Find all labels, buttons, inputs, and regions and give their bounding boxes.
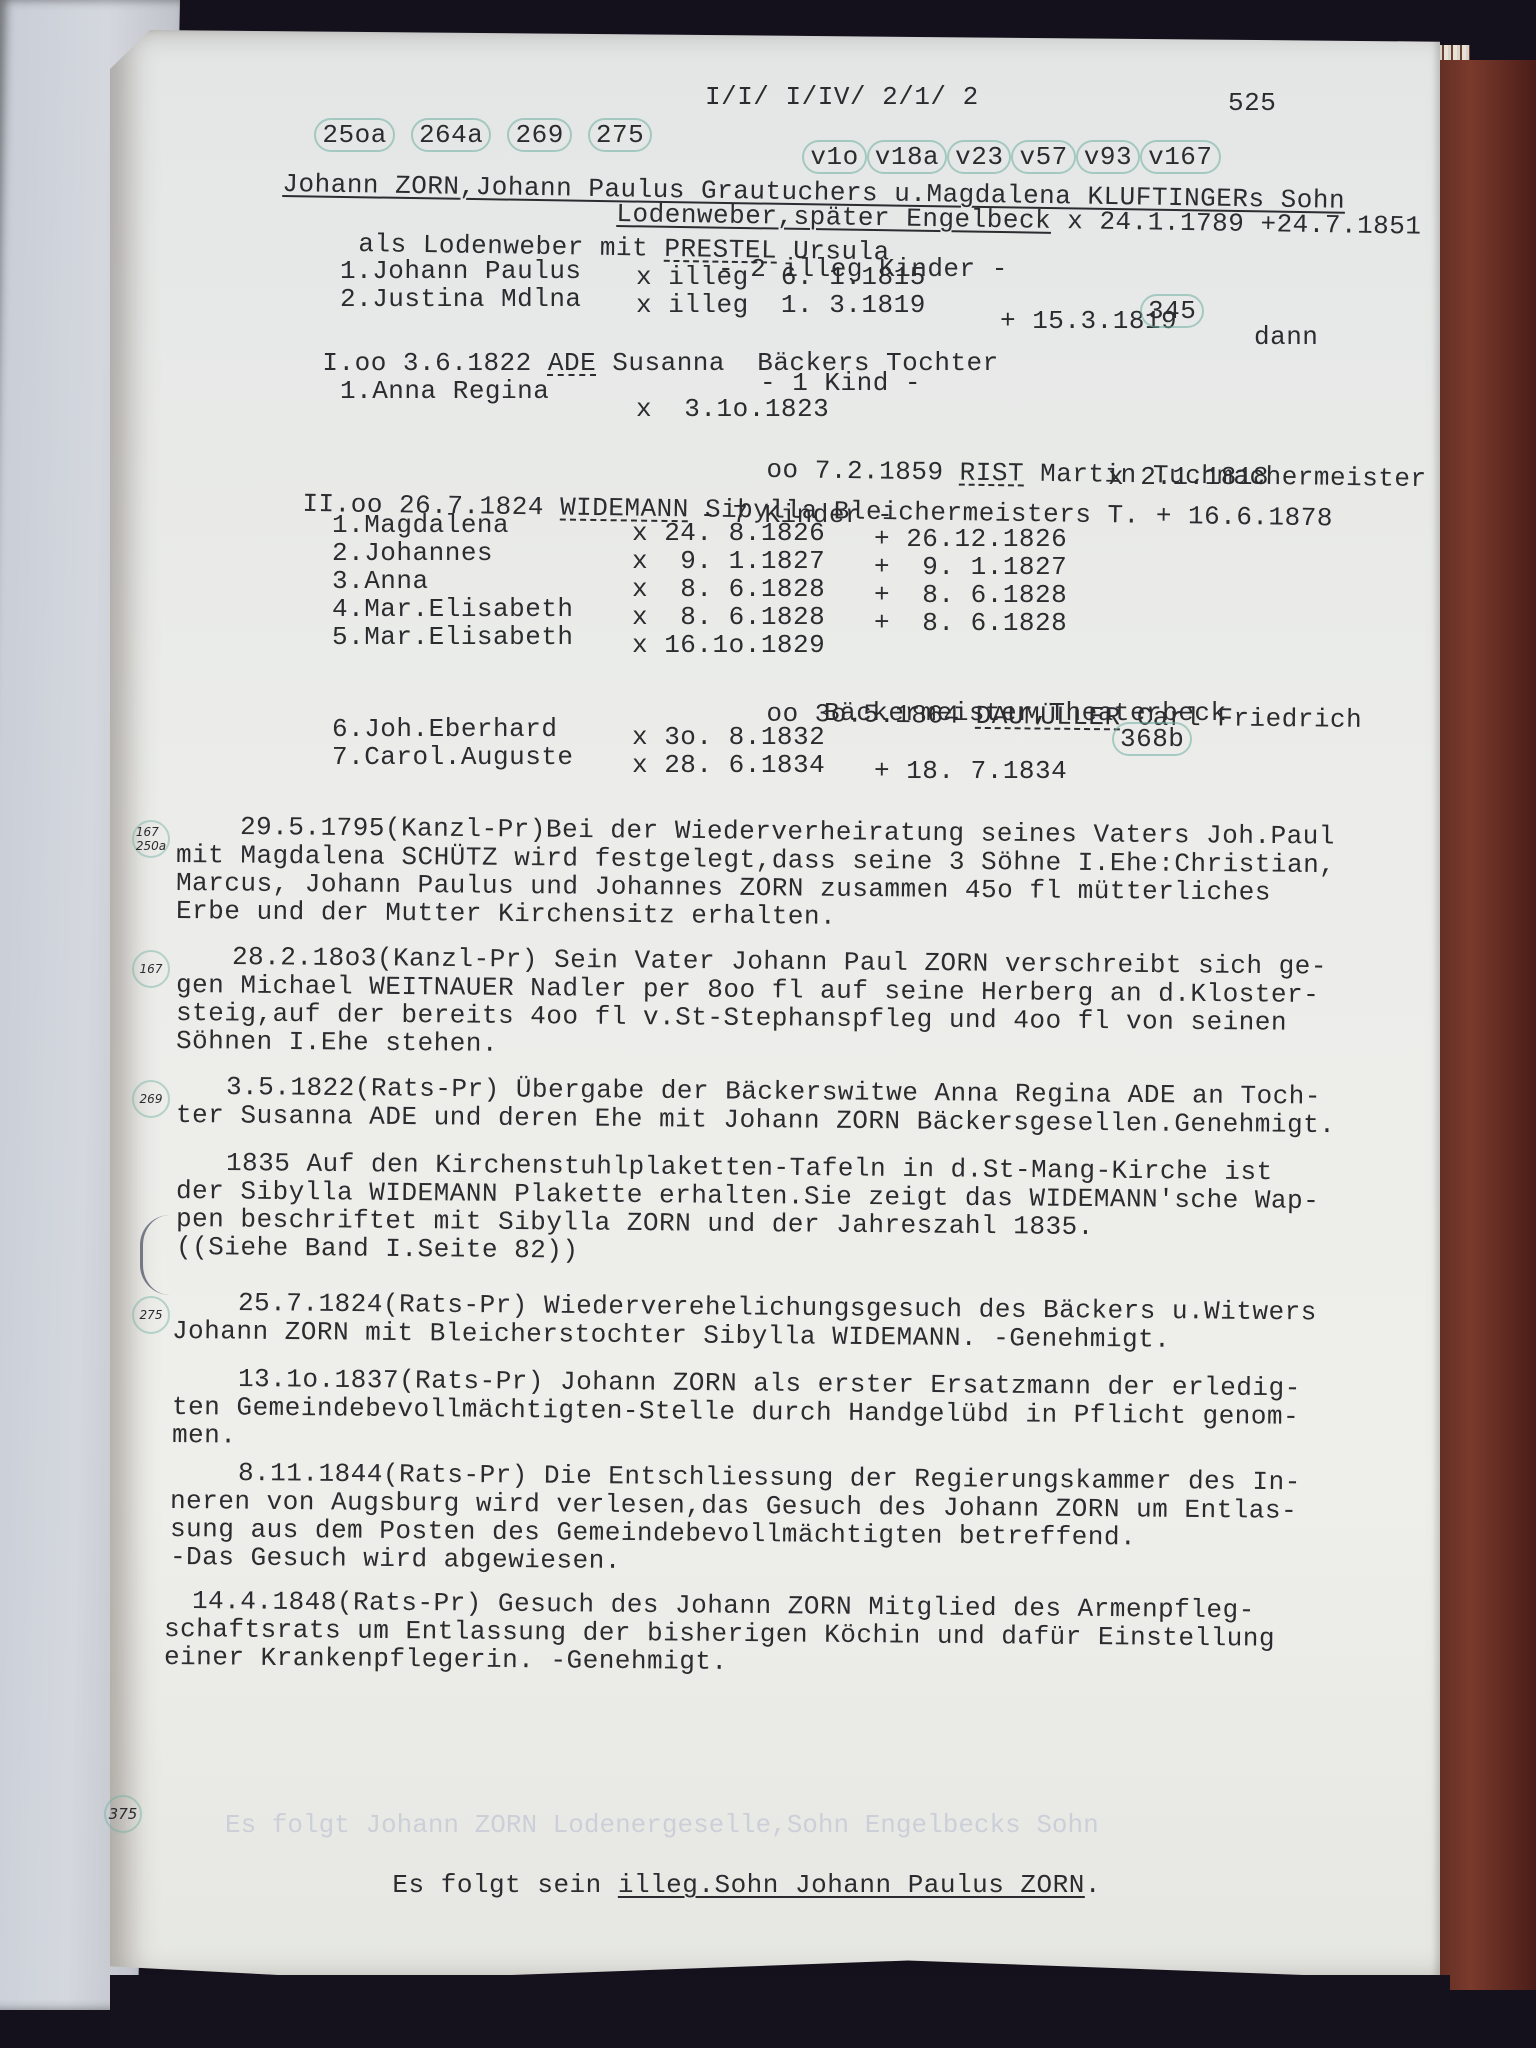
margin-annotation: 269 bbox=[132, 1080, 170, 1118]
child-name: 1.Johann Paulus bbox=[340, 256, 582, 286]
margin-annotation: 167 bbox=[132, 950, 170, 988]
entry-line: Söhnen I.Ehe stehen. bbox=[176, 1026, 498, 1059]
child-death: + 8. 6.1828 bbox=[874, 580, 1067, 610]
child-death: + 26.12.1826 bbox=[874, 524, 1067, 554]
child-name: 1.Magdalena bbox=[332, 510, 509, 540]
child-birth: x 16.1o.1829 bbox=[632, 630, 825, 660]
child-name: 5.Mar.Elisabeth bbox=[332, 622, 574, 652]
child-birth: x 3.1o.1823 bbox=[636, 394, 829, 424]
marriage-date: I.oo 3.6.1822 bbox=[322, 348, 531, 378]
entry-line: men. bbox=[172, 1420, 237, 1451]
child-death: + 8. 6.1828 bbox=[874, 608, 1067, 638]
footer-link[interactable]: illeg.Sohn Johann Paulus ZORN bbox=[618, 1870, 1085, 1900]
margin-annotation: 375 bbox=[104, 1795, 142, 1833]
entry-line: Erbe und der Mutter Kirchensitz erhalten… bbox=[176, 896, 836, 932]
page-number: 525 bbox=[1228, 88, 1276, 118]
cross-ref: 368b bbox=[1112, 724, 1192, 754]
child-birth: x illeg 1. 3.1819 bbox=[636, 290, 926, 320]
margin-annotation: 167 250a bbox=[132, 820, 170, 858]
entry-line: -Das Gesuch wird abgewiesen. bbox=[170, 1542, 621, 1576]
bleed-through-text: Es folgt Johann ZORN Lodenergeselle,Sohn… bbox=[225, 1810, 1099, 1840]
child-birth: x 8. 6.1828 bbox=[632, 574, 825, 604]
margin-annotation: 275 bbox=[132, 1296, 170, 1334]
child-name: 2.Justina Mdlna bbox=[340, 284, 582, 314]
handwritten-arrow-icon bbox=[140, 1215, 173, 1295]
child-name: 1.Anna Regina bbox=[340, 376, 549, 406]
person-dates: x 24.1.1789 +24.7.1851 bbox=[1051, 206, 1422, 242]
child-name: 6.Joh.Eberhard bbox=[332, 714, 557, 744]
child-name: 7.Carol.Auguste bbox=[332, 742, 574, 772]
entry-line: ((Siehe Band I.Seite 82)) bbox=[176, 1232, 579, 1266]
child-death: + 9. 1.1827 bbox=[874, 552, 1067, 582]
child-birth: x 9. 1.1827 bbox=[632, 546, 825, 576]
page-content: 25oa 264a 269 275 I/I/ I/IV/ 2/1/ 2 525 … bbox=[0, 0, 1536, 2048]
child-birth: x illeg 6. 1.1815 bbox=[636, 262, 926, 292]
footer-note: Es folgt sein illeg.Sohn Johann Paulus Z… bbox=[328, 1840, 1101, 1930]
entry-line: einer Krankenpflegerin. -Genehmigt. bbox=[164, 1642, 728, 1677]
spouse-surname: ADE bbox=[548, 348, 596, 378]
archive-reference: I/I/ I/IV/ 2/1/ 2 bbox=[705, 82, 979, 112]
child-name: 4.Mar.Elisabeth bbox=[332, 594, 574, 624]
child-birth: x 8. 6.1828 bbox=[632, 602, 825, 632]
cross-ref: 345 bbox=[1140, 296, 1204, 326]
person-name: Johann ZORN bbox=[282, 169, 460, 202]
child-name: 2.Johannes bbox=[332, 538, 493, 568]
child-birth: x 24. 8.1826 bbox=[632, 518, 825, 548]
continuation-note: dann bbox=[1254, 322, 1318, 352]
child-name: 3.Anna bbox=[332, 566, 429, 596]
